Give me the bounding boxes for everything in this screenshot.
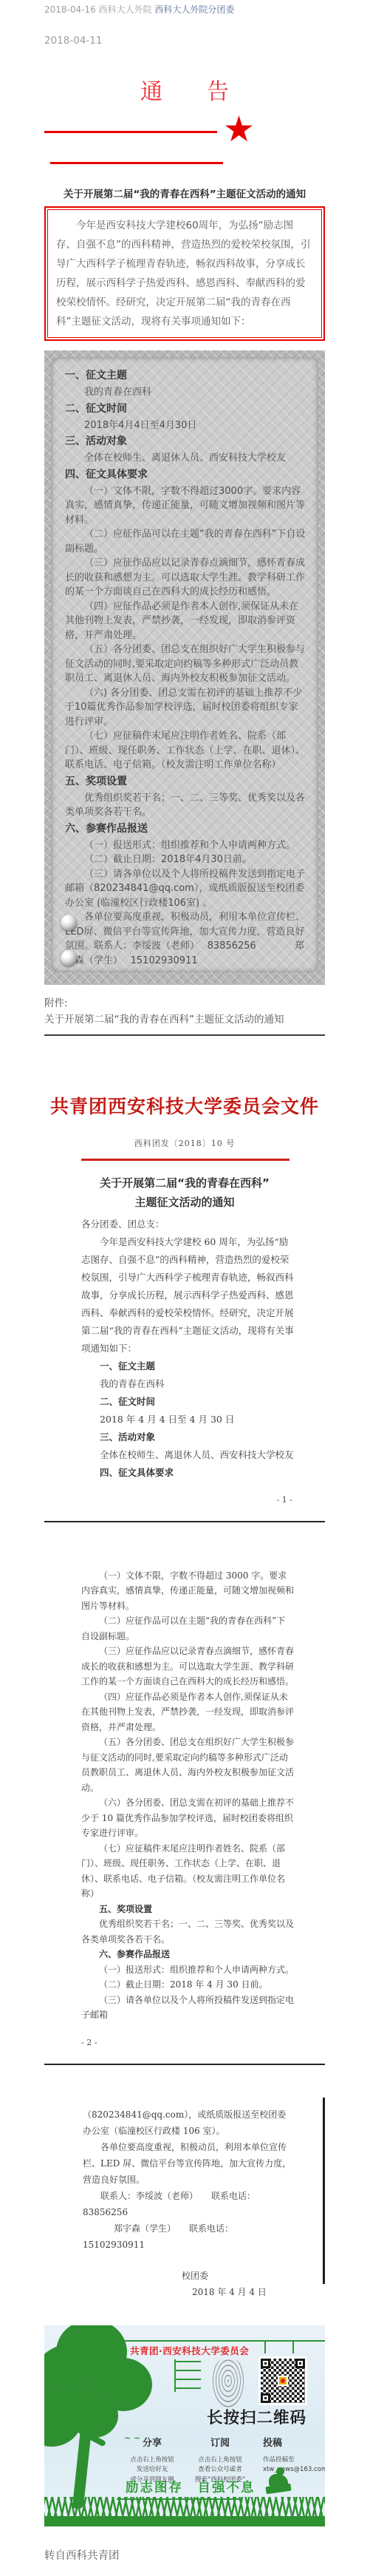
scan-contact-teacher: 联系人：李绥波（老师） 联系电话：83856256 — [83, 2188, 294, 2220]
account-name: 西科大人外院 — [99, 4, 152, 15]
scan-text-line: 优秀组织奖若干名；一、二、三等奖、优秀奖以及各类单项奖各若干名。 — [81, 1916, 294, 1947]
decor-line-bottom — [50, 162, 223, 164]
intro-text: 今年是西安科技大学建校60周年，为弘扬“励志图存、自强不息”的西科精神，营造热烈… — [56, 216, 313, 331]
scan-text-line: （二）应征作品可以在主题“我的青春在西科”下自设副标题。 — [81, 1613, 294, 1644]
page-divider-1 — [44, 1521, 325, 1522]
scan-document: 共青团西安科技大学委员会文件 西科团发〔2018〕10 号 关于开展第二届“我的… — [44, 1095, 325, 2300]
star-icon: ★ — [223, 112, 255, 147]
panel-text-line: 四、征文具体要求 — [65, 466, 306, 484]
scan-text-line: （五）各分团委、团总支在组织好广大学生积极参与征文活动的同时,要采取定向约稿等多… — [81, 1735, 294, 1795]
footer-connector-line — [264, 2340, 266, 2353]
scan-text-line: 三、活动对象 — [81, 1428, 294, 1446]
post-date: 2018-04-11 — [44, 35, 325, 47]
scan-text-line: 各单位要高度重视，积极动员，利用本单位宣传栏、LED 屏、微信平台等宣传阵地，加… — [83, 2139, 294, 2188]
scan-text-line: 全体在校师生、离退休人员、西安科技大学校友 — [81, 1446, 294, 1464]
metal-ball-icon — [61, 915, 77, 931]
article-meta: 2018-04-16 西科大人外院 西科大人外院分团委 — [44, 0, 325, 16]
scan-doc-number: 西科团发〔2018〕10 号 — [44, 1137, 325, 1149]
panel-text-line: （三）请各单位以及个人将所投稿件发送到指定电子邮箱（820234841@qq.c… — [65, 867, 306, 911]
subscribe-title: 订阅 — [186, 2435, 254, 2449]
scan-text-line: 五、奖项设置 — [81, 1902, 294, 1917]
scan-text-line: 2018 年 4 月 4 日至 4 月 30 日 — [81, 1411, 294, 1428]
subscribe-line: 查看公众号或者 — [186, 2465, 254, 2475]
panel-text-line: （二）应征作品可以在主题“我的青春在西科”下自设副标题。 — [65, 527, 306, 556]
article-page: 2018-04-16 西科大人外院 西科大人外院分团委 2018-04-11 通… — [0, 0, 370, 2563]
grass-illustration — [44, 2497, 325, 2526]
scan-text-line: 一、征文主题 — [81, 1358, 294, 1375]
account-link[interactable]: 西科大人外院分团委 — [154, 4, 234, 15]
panel-text-line: （六) 各分团委、团总支需在初评的基础上推荐不少于10篇优秀作品参加学校评选，届… — [65, 686, 306, 730]
scan-title-line2: 主题征文活动的通知 — [44, 1193, 325, 1212]
notice-banner-title: 通 告 — [44, 73, 325, 106]
source-note: 转自西科共青团 — [44, 2547, 325, 2563]
metal-ball-icon — [61, 950, 77, 966]
qr-center-logo-icon — [278, 2376, 288, 2386]
qr-code — [258, 2356, 307, 2405]
panel-text-line: 优秀组织奖若干名；一、二、三等奖、优秀奖以及各类单项奖各若干名。 — [65, 791, 306, 820]
decor-line-top — [44, 131, 217, 133]
scan-text-line: 二、征文时间 — [81, 1393, 294, 1411]
scan-text-line: 六、参赛作品报送 — [81, 1947, 294, 1962]
scan-org-title: 共青团西安科技大学委员会文件 — [44, 1095, 325, 1119]
attachment-section: 附件: 关于开展第二届“我的青春在西科”主题征文活动的通知 — [44, 995, 325, 1028]
scan-title-line1: 关于开展第二届“我的青春在西科” — [44, 1173, 325, 1193]
scan-intro: 今年是西安科技大学建校 60 周年，为弘扬“励志图存、自强不息”的西科精神，营造… — [81, 1233, 294, 1358]
sign-date: 2018 年 4 月 4 日 — [83, 2284, 294, 2300]
scan-text-line: （一）文体不限，字数不得超过 3000 字。要求内容真实，感情真挚，传递正能量，… — [81, 1568, 294, 1614]
scan-page1: 各分团委、团总支： 今年是西安科技大学建校 60 周年，为弘扬“励志图存、自强不… — [44, 1216, 325, 1482]
scan-salutation: 各分团委、团总支： — [81, 1216, 294, 1233]
scan-text-line: （三）请各单位以及个人将所投稿件发送到指定电子邮箱 — [81, 1993, 294, 2023]
panel-text-line: （一）文体不限，字数不得超过3000字。要求内容真实，感情真挚，传递正能量，可随… — [65, 484, 306, 528]
scan-text-line: （七）应征稿件末尾应注明作者姓名、院系（部门）、班级、现任职务、工作状态（上学、… — [81, 1841, 294, 1902]
footer-connector-line — [174, 2387, 201, 2389]
panel-text-line: 二、征文时间 — [65, 400, 306, 418]
scan-artifact-line — [323, 2098, 325, 2284]
banner-decoration: ★ — [44, 115, 325, 178]
panel-text-line: 我的青春在西科 — [65, 385, 306, 400]
qr-caption: 长按扫二维码 — [207, 2405, 306, 2428]
scan-page2: （一）文体不限，字数不得超过 3000 字。要求内容真实，感情真挚，传递正能量，… — [44, 1568, 325, 2023]
subscribe-line: 点击右上角按钮 — [186, 2455, 254, 2466]
scan-text-line: 四、征文具体要求 — [81, 1464, 294, 1482]
panel-text-line: 六、参赛作品报送 — [65, 820, 306, 838]
bird-icon: ~ ~ — [124, 2433, 140, 2443]
panel-text-line: （七）应征稿件末尾应注明作者姓名、院系（部门）、班级、现任职务、工作状态（上学、… — [65, 729, 306, 773]
attachment-divider — [44, 1034, 325, 1036]
panel-text-line: （四）应征作品必须是作者本人创作,须保证从未在其他刊物上发表，严禁抄袭，一经发现… — [65, 600, 306, 643]
panel-text-line: （二）截止日期：2018年4月30日前。 — [65, 853, 306, 867]
qr-finder-icon — [295, 2359, 305, 2368]
panel-text-line: 一、征文主题 — [65, 367, 306, 385]
page-divider-2 — [44, 2064, 325, 2065]
scan-title: 关于开展第二届“我的青春在西科” 主题征文活动的通知 — [44, 1173, 325, 1212]
footer-connector-line — [174, 2370, 201, 2371]
scan-text-line: （二）截止日期：2018 年 4 月 30 日前。 — [81, 1977, 294, 1993]
publish-date: 2018-04-16 — [44, 4, 96, 15]
sign-org: 校团委 — [83, 2268, 294, 2284]
panel-text-line: 五、奖项设置 — [65, 773, 306, 791]
scan-text-line: （六）各分团委、团总支需在初评的基础上推荐不少于 10 篇优秀作品参加学校评选，… — [81, 1795, 294, 1841]
panel-text-line: （三）应征作品应以记录青春点滴细节，感怀青春成长的收获和感想为主。可以选取大学生… — [65, 556, 306, 600]
scan-text-line: 我的青春在西科 — [81, 1375, 294, 1393]
panel-media-placeholders — [62, 915, 318, 978]
footer-connector-line — [174, 2379, 201, 2380]
footer-banner: 共青团·西安科技大学委员会 长按扫二维码 分享 点击右上角按钮 发送给好友 — [44, 2325, 325, 2526]
footer-connector-line — [292, 2340, 294, 2353]
panel-text-line: （五）各分团委、团总支在组织好广大学生积极参与征文活动的同时,要采取定向约稿等多… — [65, 643, 306, 686]
scan-text-line: （三）应征作品应以记录青春点滴细节，感怀青春成长的收获和感想为主。可以选取大学生… — [81, 1644, 294, 1689]
scan-red-line — [81, 1159, 290, 1161]
scan-text-line: （一）报送形式：组织推荐和个人申请两种方式。 — [81, 1962, 294, 1978]
page-number-2: - 2 - — [44, 2038, 325, 2047]
contribute-title: 投稿 — [254, 2435, 322, 2449]
bird-icon: ~ — [229, 2467, 235, 2475]
intro-box: 今年是西安科技大学建校60周年，为弘扬“励志图存、自强不息”的西科精神，营造热烈… — [44, 206, 325, 341]
scan-contact-student: 郑宇森（学生） 联系电话：15102930911 — [83, 2220, 294, 2253]
requirements-panel: 一、征文主题我的青春在西科二、征文时间2018年4月4日至4月30日三、活动对象… — [44, 350, 325, 985]
notice-heading: 关于开展第二届“我的青春在西科”主题征文活动的通知 — [44, 186, 325, 200]
qr-finder-icon — [261, 2359, 270, 2368]
panel-text-line: 三、活动对象 — [65, 433, 306, 451]
fingerprint-icon — [211, 2356, 245, 2410]
attachment-link[interactable]: 关于开展第二届“我的青春在西科”主题征文活动的通知 — [44, 1011, 325, 1028]
qr-finder-icon — [261, 2393, 270, 2403]
attachment-label: 附件: — [44, 995, 325, 1011]
scan-text-line: （820234841@qq.com），或纸质版报送至校团委办公室（临潼校区行政楼… — [83, 2106, 294, 2139]
panel-text-line: 2018年4月4日至4月30日 — [65, 418, 306, 433]
scan-page3: （820234841@qq.com），或纸质版报送至校团委办公室（临潼校区行政楼… — [44, 2106, 325, 2300]
footer-connector-line — [174, 2361, 201, 2362]
page-number-1: - 1 - — [44, 1495, 325, 1505]
scan-text-line: （四）应征作品必须是作者本人创作,须保证从未在其他刊物上发表，严禁抄袭，一经发现… — [81, 1689, 294, 1735]
panel-text-line: （一）报送形式：组织推荐和个人申请两种方式。 — [65, 838, 306, 853]
contribute-line: 作品投稿至 — [263, 2455, 322, 2466]
panel-text-line: 全体在校师生、离退休人员、西安科技大学校友 — [65, 451, 306, 466]
